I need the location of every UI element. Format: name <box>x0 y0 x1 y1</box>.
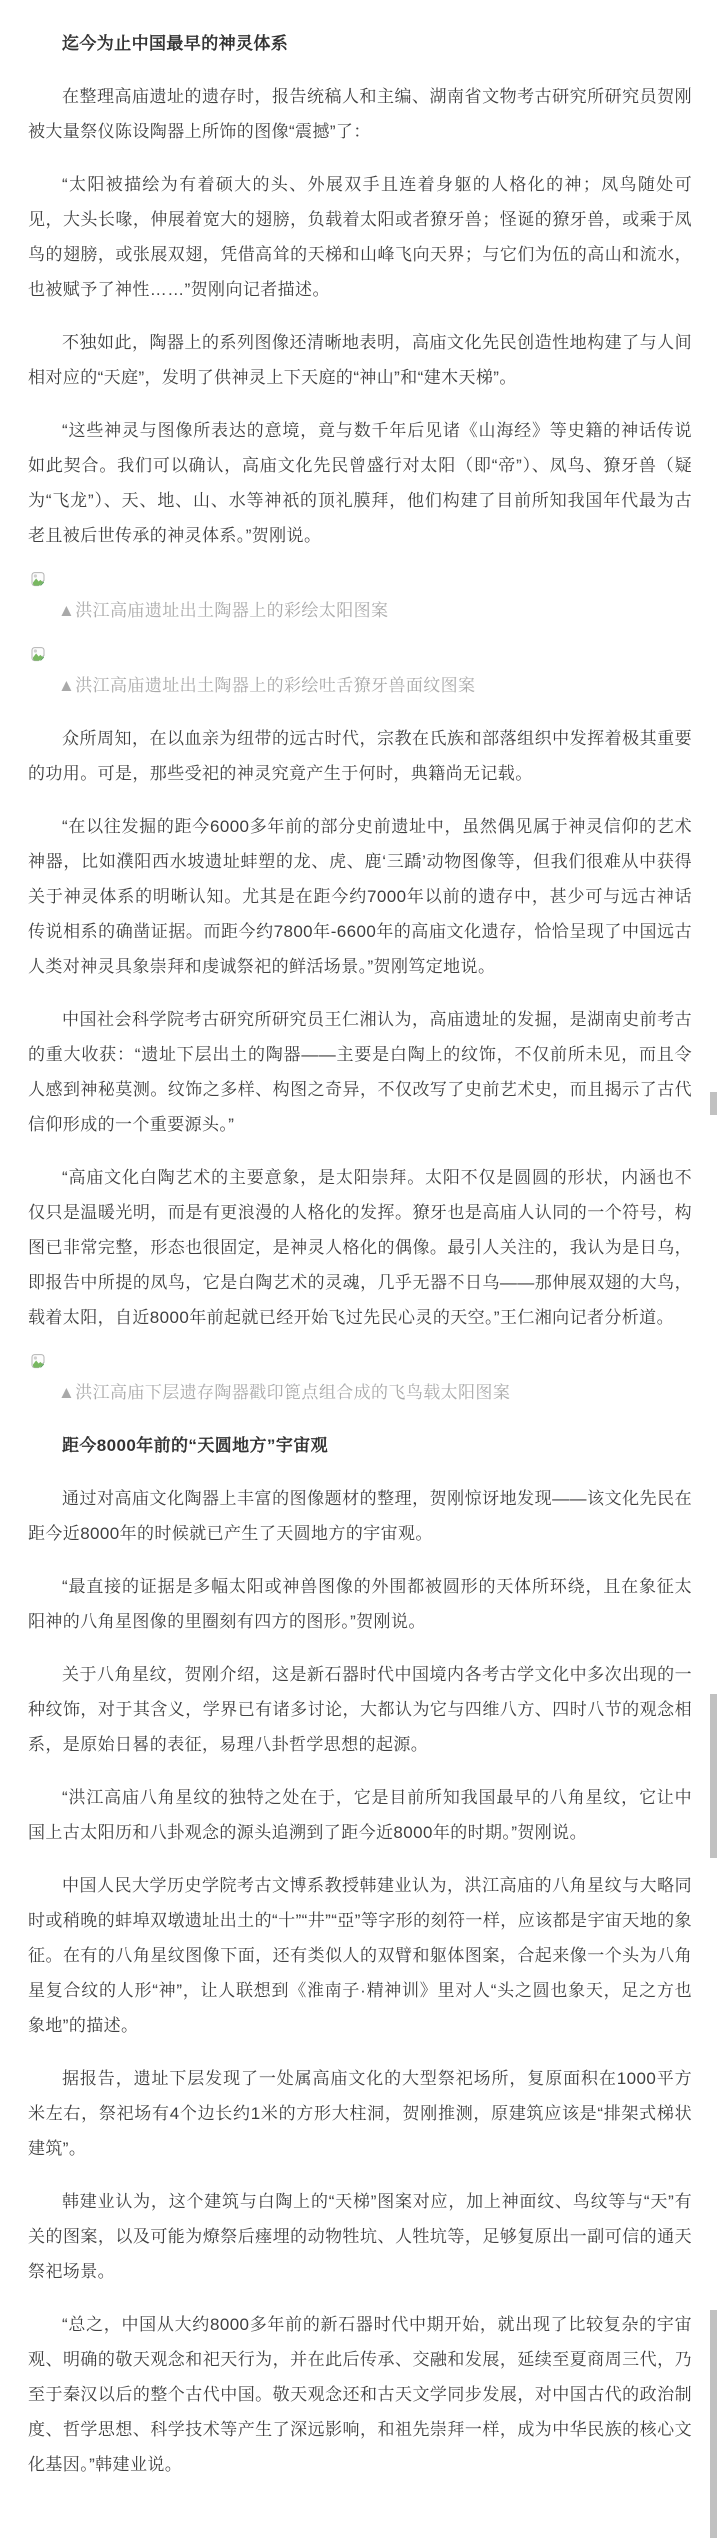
paragraph: “高庙文化白陶艺术的主要意象，是太阳崇拜。太阳不仅是圆圆的形状，内涵也不仅只是温… <box>28 1160 692 1335</box>
section-heading: 迄今为止中国最早的神灵体系 <box>28 26 692 61</box>
paragraph: “洪江高庙八角星纹的独特之处在于，它是目前所知我国最早的八角星纹，它让中国上古太… <box>28 1780 692 1850</box>
section-heading: 距今8000年前的“天圆地方”宇宙观 <box>28 1428 692 1463</box>
paragraph: 中国人民大学历史学院考古文博系教授韩建业认为，洪江高庙的八角星纹与大略同时或稍晚… <box>28 1868 692 2043</box>
paragraph: “在以往发掘的距今6000多年前的部分史前遗址中，虽然偶见属于神灵信仰的艺术神器… <box>28 809 692 984</box>
figure-caption: ▲洪江高庙遗址出土陶器上的彩绘太阳图案 <box>28 593 692 628</box>
paragraph: 韩建业认为，这个建筑与白陶上的“天梯”图案对应，加上神面纹、鸟纹等与“天”有关的… <box>28 2184 692 2289</box>
figure-broken-image: ▲洪江高庙下层遗存陶器戳印篦点组合成的飞鸟载太阳图案 <box>28 1353 692 1410</box>
figure-broken-image: ▲洪江高庙遗址出土陶器上的彩绘太阳图案 <box>28 571 692 628</box>
paragraph: 关于八角星纹，贺刚介绍，这是新石器时代中国境内各考古学文化中多次出现的一种纹饰，… <box>28 1657 692 1762</box>
figure-broken-image: ▲洪江高庙遗址出土陶器上的彩绘吐舌獠牙兽面纹图案 <box>28 646 692 703</box>
figure-caption: ▲洪江高庙遗址出土陶器上的彩绘吐舌獠牙兽面纹图案 <box>28 668 692 703</box>
broken-image-icon <box>30 571 46 587</box>
paragraph: “太阳被描绘为有着硕大的头、外展双手且连着身躯的人格化的神；凤鸟随处可见，大头长… <box>28 167 692 307</box>
paragraph: “总之，中国从大约8000多年前的新石器时代中期开始，就出现了比较复杂的宇宙观、… <box>28 2307 692 2482</box>
broken-image-icon <box>30 646 46 662</box>
paragraph: “这些神灵与图像所表达的意境，竟与数千年后见诸《山海经》等史籍的神话传说如此契合… <box>28 413 692 553</box>
paragraph: 据报告，遗址下层发现了一处属高庙文化的大型祭祀场所，复原面积在1000平方米左右… <box>28 2061 692 2166</box>
paragraph: 众所周知，在以血亲为纽带的远古时代，宗教在氏族和部落组织中发挥着极其重要的功用。… <box>28 721 692 791</box>
figure-caption: ▲洪江高庙下层遗存陶器戳印篦点组合成的飞鸟载太阳图案 <box>28 1375 692 1410</box>
paragraph: 在整理高庙遗址的遗存时，报告统稿人和主编、湖南省文物考古研究所研究员贺刚被大量祭… <box>28 79 692 149</box>
scrollbar-thumb[interactable] <box>710 1694 717 1858</box>
paragraph: 通过对高庙文化陶器上丰富的图像题材的整理，贺刚惊讶地发现——该文化先民在距今近8… <box>28 1481 692 1551</box>
paragraph: 中国社会科学院考古研究所研究员王仁湘认为，高庙遗址的发掘，是湖南史前考古的重大收… <box>28 1002 692 1142</box>
broken-image-icon <box>30 1353 46 1369</box>
scrollbar-thumb[interactable] <box>710 2310 717 2538</box>
paragraph: 不独如此，陶器上的系列图像还清晰地表明，高庙文化先民创造性地构建了与人间相对应的… <box>28 325 692 395</box>
scrollbar-thumb[interactable] <box>710 1092 717 1115</box>
paragraph: “最直接的证据是多幅太阳或神兽图像的外围都被圆形的天体所环绕，且在象征太阳神的八… <box>28 1569 692 1639</box>
article-body: 迄今为止中国最早的神灵体系 在整理高庙遗址的遗存时，报告统稿人和主编、湖南省文物… <box>0 0 720 2482</box>
